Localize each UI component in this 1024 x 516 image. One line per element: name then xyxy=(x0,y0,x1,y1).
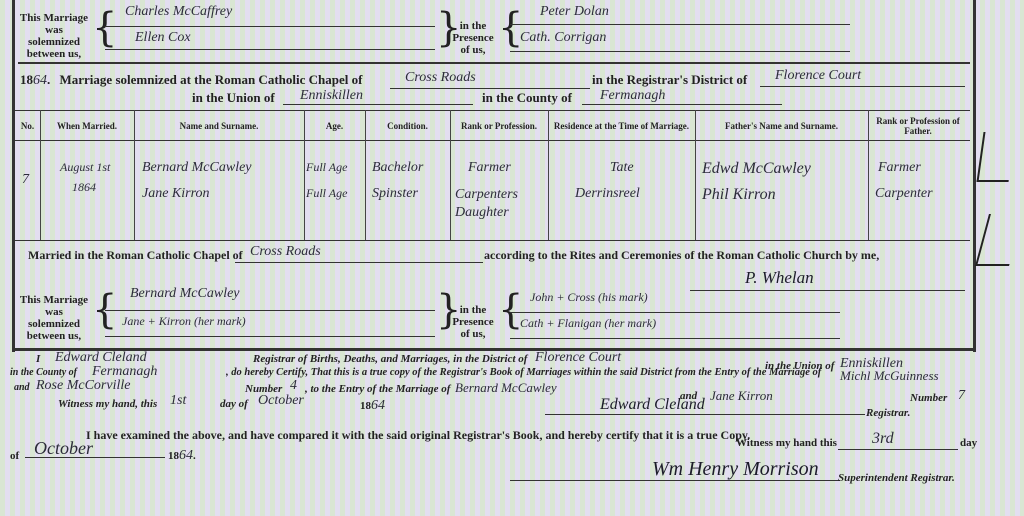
married-in-chapel: Cross Roads xyxy=(250,244,321,260)
cert-county-label: in the County of xyxy=(10,367,77,378)
cert-witness-month: October xyxy=(258,393,304,409)
bottom-presence-label: in the Presence of us, xyxy=(448,304,498,340)
col-header-father-rank: Rank or Profession of Father. xyxy=(868,112,968,140)
supt-certify-text: I have examined the above, and have comp… xyxy=(86,428,750,443)
cell-groom-name: Bernard McCawley xyxy=(142,160,252,176)
supt-year-prefix: 18 xyxy=(168,450,179,462)
top-party-2-line xyxy=(105,49,435,50)
header-year-prefix: 18 xyxy=(20,72,33,87)
cell-bride-condition: Spinster xyxy=(372,186,418,202)
cert-year-prefix: 18 xyxy=(360,400,371,412)
marriage-certificate: This Marriage was solemnized between us,… xyxy=(0,0,1024,516)
top-party-1-line xyxy=(105,26,435,27)
cert-registrar-label: Registrar. xyxy=(866,407,910,419)
officiant-signature: P. Whelan xyxy=(745,268,814,288)
header-chapel-value: Cross Roads xyxy=(405,70,476,86)
cert-entry-label: , to the Entry of the Marriage of xyxy=(305,383,450,395)
cert-registrar-signature: Edward Cleland xyxy=(600,396,705,414)
bottom-solemnized-label-text: This Marriage was solemnized between us, xyxy=(20,294,88,342)
table-bottom-line xyxy=(15,240,970,241)
cert-district-label: Registrar of Births, Deaths, and Marriag… xyxy=(253,353,527,365)
cert-groom-b: Bernard McCawley xyxy=(455,380,557,396)
cert-witness-label: Witness my hand, this xyxy=(58,398,157,410)
bottom-witness-1-line xyxy=(510,312,840,313)
cell-bride-father: Phil Kirron xyxy=(702,186,776,204)
col-header-name: Name and Surname. xyxy=(134,112,304,140)
header-district-label: in the Registrar's District of xyxy=(592,72,747,88)
bottom-divider xyxy=(12,348,973,351)
bottom-witness-2: Cath + Flanigan (her mark) xyxy=(520,316,656,331)
cell-when-1: August 1st xyxy=(60,160,110,175)
top-presence-label-text: in the Presence of us, xyxy=(452,20,493,56)
supt-month-line xyxy=(25,457,165,458)
cert-number-b: 7 xyxy=(958,388,965,404)
col-header-condition: Condition. xyxy=(365,112,450,140)
supt-role-label: Superintendent Registrar. xyxy=(838,472,955,484)
cert-year: 1864 xyxy=(360,398,385,414)
header-union-line xyxy=(283,104,473,105)
cell-groom-father-rank: Farmer xyxy=(878,160,921,176)
supt-month: October xyxy=(34,438,93,459)
cell-bride-father-rank: Carpenter xyxy=(875,186,933,202)
col-header-residence: Residence at the Time of Marriage. xyxy=(548,112,695,140)
cell-when-2: 1864 xyxy=(72,180,96,195)
top-party-1: Charles McCaffrey xyxy=(125,4,232,20)
header-chapel-label: Marriage solemnized at the Roman Catholi… xyxy=(60,72,363,87)
table-top-line xyxy=(15,110,970,111)
married-in-line xyxy=(235,262,483,263)
bottom-witness-2-line xyxy=(510,338,840,339)
cert-registrar-line xyxy=(545,414,865,415)
cell-bride-residence: Derrinsreel xyxy=(575,186,640,202)
margin-check-mark xyxy=(976,132,1015,182)
header-year-suffix: 64 xyxy=(33,73,47,88)
cert-witness-day: 1st xyxy=(170,393,186,409)
supt-day-line xyxy=(838,449,958,450)
bottom-party-2-line xyxy=(105,336,435,337)
bottom-solemnized-label: This Marriage was solemnized between us, xyxy=(18,294,90,342)
cert-groom-a: Michl McGuinness xyxy=(840,368,939,384)
cert-number-label-b: Number xyxy=(910,392,947,404)
bottom-presence-label-text: in the Presence of us, xyxy=(452,304,493,340)
supt-day: 3rd xyxy=(872,430,894,448)
cert-number-a: 4 xyxy=(290,378,297,394)
header-union-label: in the Union of xyxy=(192,90,275,106)
cert-certify-text: , do hereby Certify, That this is a true… xyxy=(226,367,826,378)
col-header-when: When Married. xyxy=(40,112,134,140)
header-district-line xyxy=(760,86,965,87)
cell-groom-age: Full Age xyxy=(306,160,347,175)
header-county-value: Fermanagh xyxy=(600,88,665,104)
officiant-line xyxy=(690,290,965,291)
col-header-father: Father's Name and Surname. xyxy=(695,112,868,140)
supt-day-label: day xyxy=(960,437,977,449)
top-solemnized-label: This Marriage was solemnized between us, xyxy=(18,12,90,60)
col-header-age: Age. xyxy=(304,112,365,140)
bottom-party-1-line xyxy=(105,310,435,311)
cert-i: I xyxy=(36,353,40,365)
col-header-rank: Rank or Profession. xyxy=(450,112,548,140)
top-witness-1: Peter Dolan xyxy=(540,4,609,20)
header-county-line xyxy=(582,104,782,105)
cell-groom-residence: Tate xyxy=(610,160,634,176)
supt-year-suffix: 64 xyxy=(179,448,193,463)
bottom-party-2: Jane + Kirron (her mark) xyxy=(122,314,246,329)
supt-signature: Wm Henry Morrison xyxy=(652,458,819,481)
supt-signature-line xyxy=(510,480,840,481)
cell-bride-rank: Carpenters Daughter xyxy=(455,186,545,222)
cert-day-of-label: day of xyxy=(220,398,248,410)
margin-check-mark xyxy=(975,214,1023,266)
top-presence-label: in the Presence of us, xyxy=(448,20,498,56)
col-header-no: No. xyxy=(15,112,40,140)
top-solemnized-label-text: This Marriage was solemnized between us, xyxy=(20,12,88,60)
marriage-header-line-1: 1864. Marriage solemnized at the Roman C… xyxy=(20,72,362,89)
supt-of-label: of xyxy=(10,450,19,462)
top-witness-2-line xyxy=(510,51,850,52)
cell-groom-condition: Bachelor xyxy=(372,160,423,176)
top-divider xyxy=(18,62,970,64)
cell-groom-father: Edwd McCawley xyxy=(702,160,811,178)
cell-no: 7 xyxy=(22,172,29,188)
table-header-bottom-line xyxy=(15,140,970,141)
supt-witness-label: Witness my hand this xyxy=(736,437,837,449)
married-in-label: Married in the Roman Catholic Chapel of xyxy=(28,248,243,263)
cert-year-suffix: 64 xyxy=(371,398,385,413)
supt-year: 1864. xyxy=(168,448,196,464)
header-district-value: Florence Court xyxy=(775,68,861,84)
cell-bride-age: Full Age xyxy=(306,186,347,201)
cell-groom-rank: Farmer xyxy=(468,160,511,176)
header-chapel-line xyxy=(390,88,590,89)
cert-bride-a: Rose McCorville xyxy=(36,378,130,394)
cert-district-value: Florence Court xyxy=(535,350,621,366)
rites-label: according to the Rites and Ceremonies of… xyxy=(484,248,879,263)
top-party-2: Ellen Cox xyxy=(135,30,191,46)
header-union-value: Enniskillen xyxy=(300,88,363,104)
top-witness-1-line xyxy=(510,24,850,25)
top-witness-2: Cath. Corrigan xyxy=(520,30,606,46)
cell-bride-name: Jane Kirron xyxy=(142,186,210,202)
bottom-witness-1: John + Cross (his mark) xyxy=(530,290,648,305)
cert-bride-b: Jane Kirron xyxy=(710,388,773,404)
top-left-brace: { xyxy=(92,8,117,48)
bottom-party-1: Bernard McCawley xyxy=(130,286,240,302)
cert-and-label-a: and xyxy=(14,382,30,393)
header-county-label: in the County of xyxy=(482,90,572,106)
